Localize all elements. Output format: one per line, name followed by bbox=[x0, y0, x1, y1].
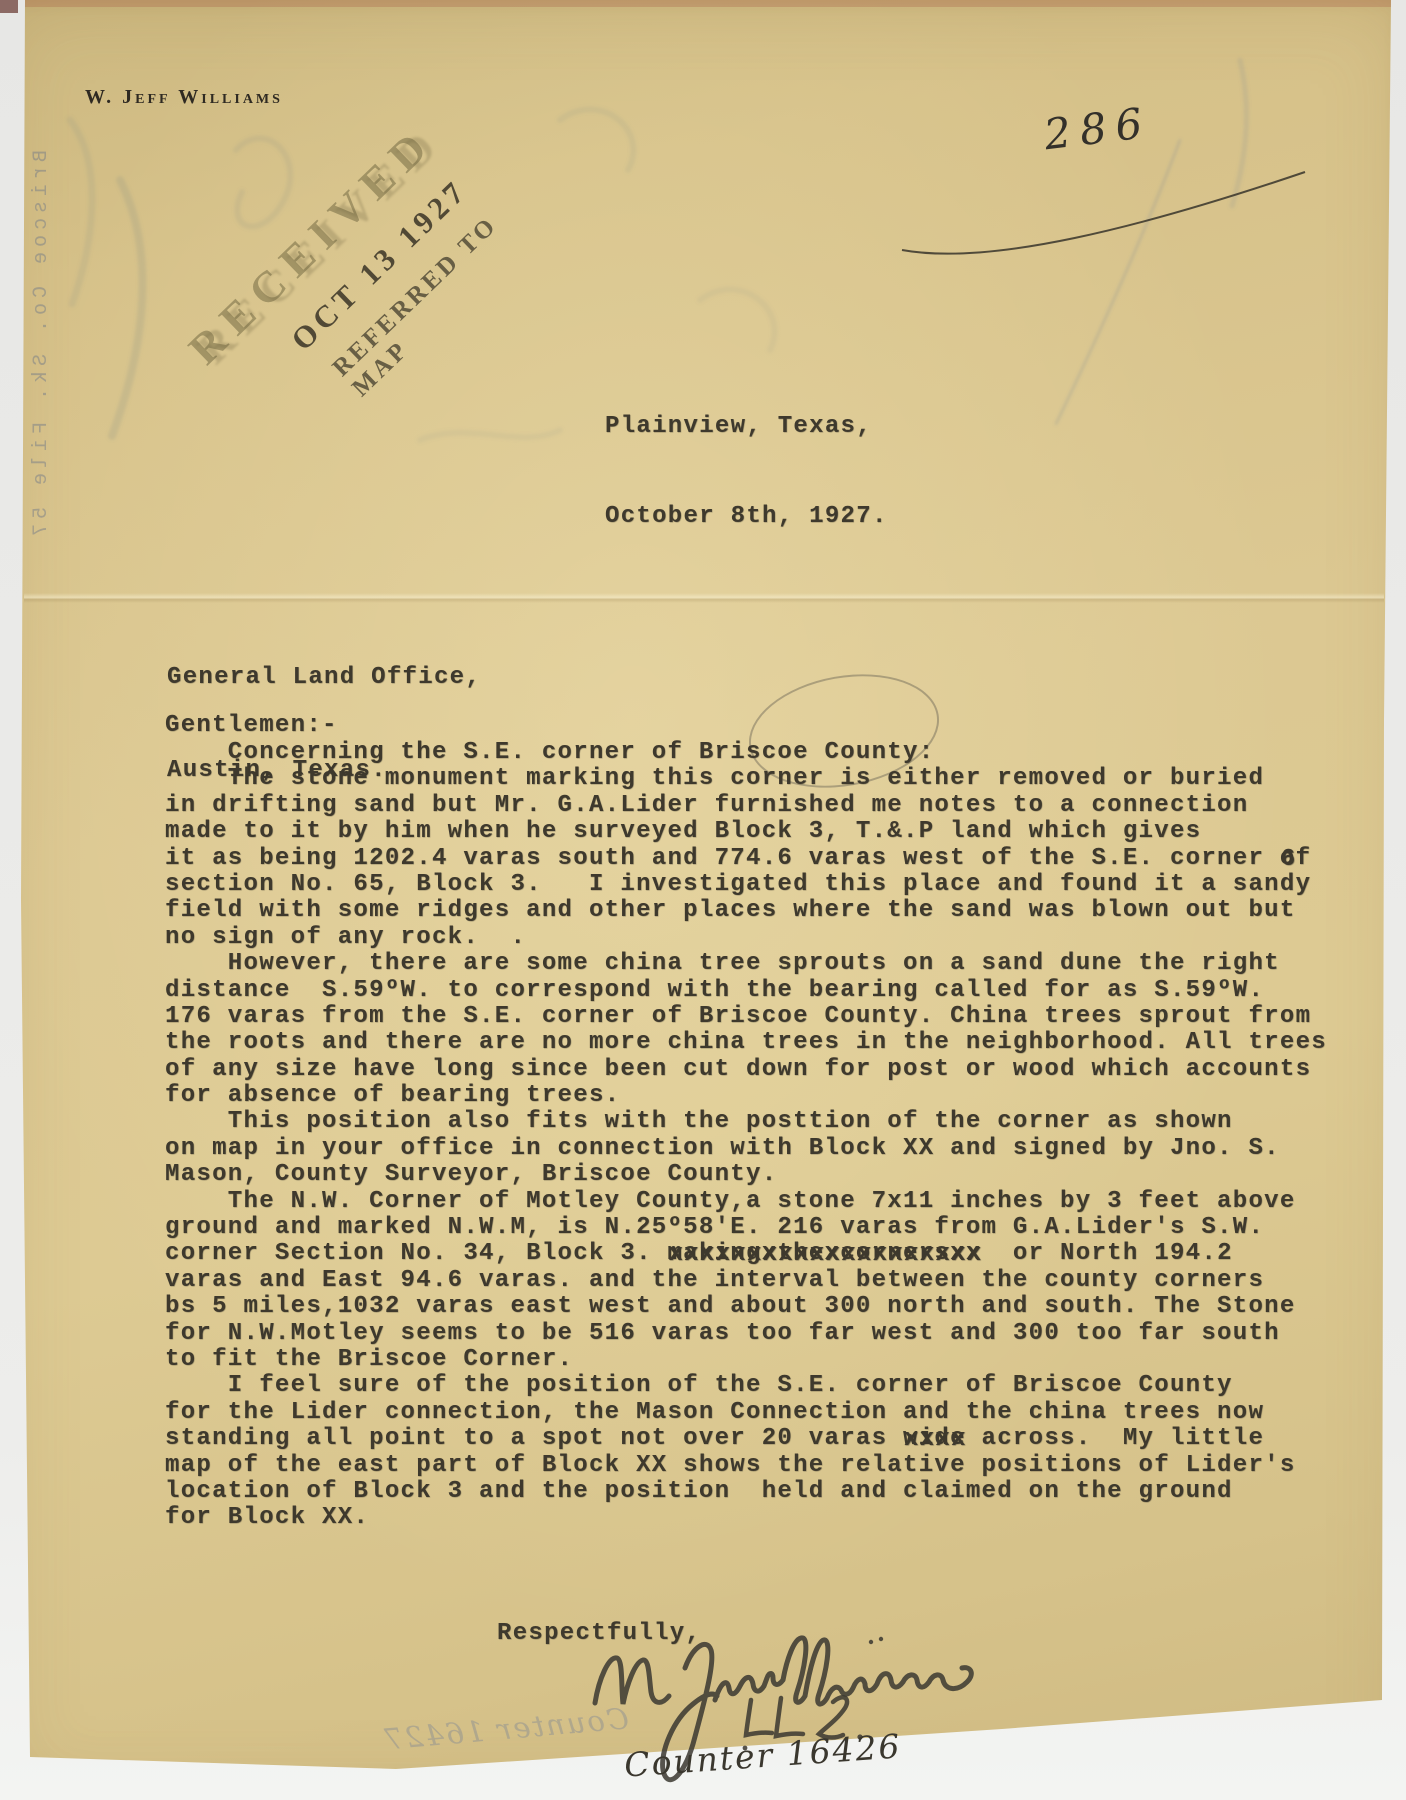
body-line: This position also fits with the posttio… bbox=[165, 1109, 1327, 1135]
dateline: Plainview, Texas, October 8th, 1927. bbox=[605, 352, 888, 592]
letter-body: Concerning the S.E. corner of Briscoe Co… bbox=[165, 740, 1327, 1532]
body-line: no sign of any rock. . bbox=[165, 925, 1327, 951]
paper-top-edge-tint bbox=[25, 0, 1391, 7]
body-line: 176 varas from the S.E. corner of Brisco… bbox=[165, 1004, 1327, 1030]
body-line: it as being 1202.4 varas south and 774.6… bbox=[165, 846, 1327, 872]
body-line: for Block XX. bbox=[165, 1505, 1327, 1531]
body-line: Concerning the S.E. corner of Briscoe Co… bbox=[165, 740, 1327, 766]
body-line: for absence of bearing trees. bbox=[165, 1083, 1327, 1109]
dateline-date: October 8th, 1927. bbox=[605, 502, 888, 532]
body-line: I feel sure of the position of the S.E. … bbox=[165, 1373, 1327, 1399]
body-line: in drifting sand but Mr. G.A.Lider furni… bbox=[165, 793, 1327, 819]
salutation: Gentlemen:- bbox=[165, 712, 338, 739]
body-line: the roots and there are no more china tr… bbox=[165, 1030, 1327, 1056]
body-line: on map in your office in connection with… bbox=[165, 1136, 1327, 1162]
dateline-place: Plainview, Texas, bbox=[605, 412, 888, 442]
body-line: for the Lider connection, the Mason Conn… bbox=[165, 1400, 1327, 1426]
body-line: The stone monument marking this corner i… bbox=[165, 766, 1327, 792]
recipient-line1: General Land Office, bbox=[167, 662, 481, 693]
body-line: made to it by him when he surveyed Block… bbox=[165, 819, 1327, 845]
body-line: Mason, County Surveyor, Briscoe County. bbox=[165, 1162, 1327, 1188]
body-line: The N.W. Corner of Motley County,a stone… bbox=[165, 1189, 1327, 1215]
overstruck-text: wide bbox=[903, 1426, 966, 1452]
body-line: distance S.59ºW. to correspond with the … bbox=[165, 978, 1327, 1004]
body-line: corner Section No. 34, Block 3. makingxt… bbox=[165, 1241, 1327, 1267]
body-line: bs 5 miles,1032 varas east west and abou… bbox=[165, 1294, 1327, 1320]
body-line: section No. 65, Block 3. I investigated … bbox=[165, 872, 1327, 898]
body-line: to fit the Briscoe Corner. bbox=[165, 1347, 1327, 1373]
body-line: of any size have long since been cut dow… bbox=[165, 1057, 1327, 1083]
body-line: However, there are some china tree sprou… bbox=[165, 951, 1327, 977]
body-line: varas and East 94.6 varas. and the inter… bbox=[165, 1268, 1327, 1294]
scan-corner-artifact bbox=[0, 0, 18, 13]
body-line: standing all point to a spot not over 20… bbox=[165, 1426, 1327, 1452]
body-line: ground and marked N.W.M, is N.25º58'E. 2… bbox=[165, 1215, 1327, 1241]
overstruck-text: of bbox=[1280, 846, 1311, 872]
scanned-letter-page: W. Jeff Williams RECEIVED OCT 13 1927 RE… bbox=[0, 0, 1406, 1800]
body-line: location of Block 3 and the position hel… bbox=[165, 1479, 1327, 1505]
letterhead-name: W. Jeff Williams bbox=[85, 86, 283, 109]
closing: Respectfully, bbox=[497, 1620, 701, 1647]
body-line: for N.W.Motley seems to be 516 varas too… bbox=[165, 1321, 1327, 1347]
body-line: map of the east part of Block XX shows t… bbox=[165, 1453, 1327, 1479]
overstruck-text: makingxthexcornersxx bbox=[667, 1241, 981, 1267]
edge-file-note: Briscoe Co. Sk. File 57 bbox=[30, 150, 53, 590]
body-line: field with some ridges and other places … bbox=[165, 898, 1327, 924]
